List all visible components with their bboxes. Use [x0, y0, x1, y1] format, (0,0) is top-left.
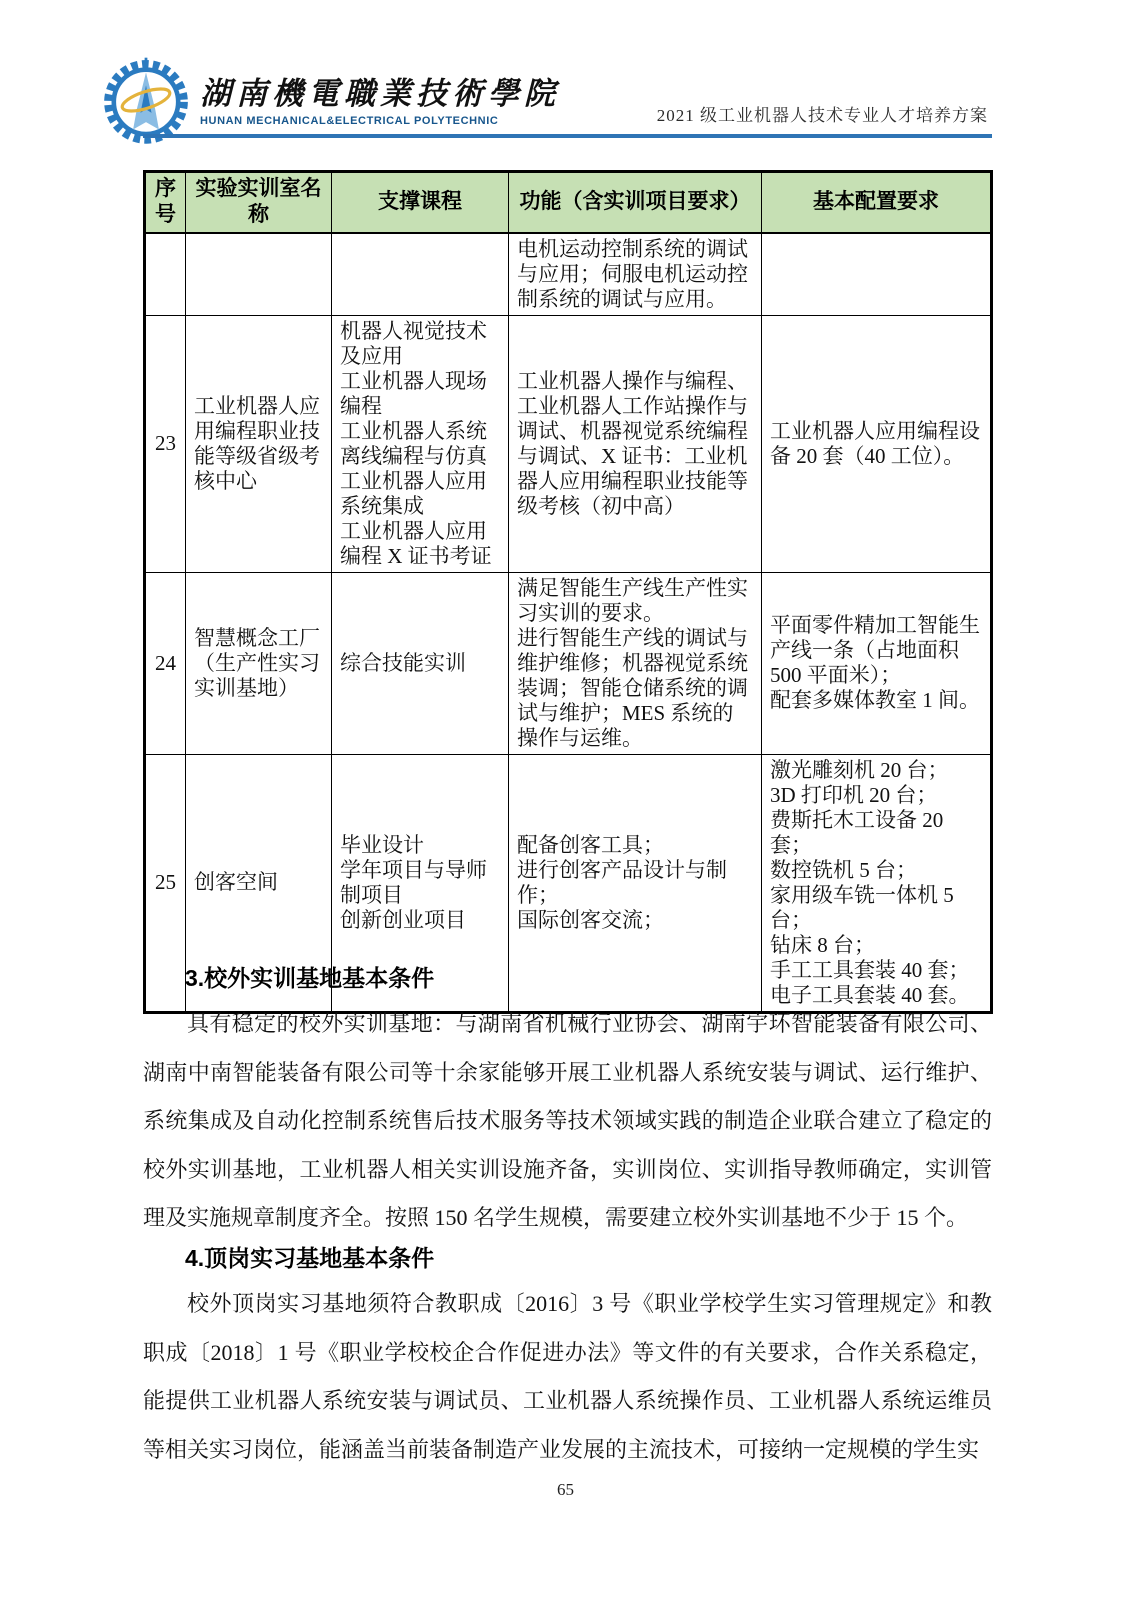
- col-header-index: 序号: [145, 172, 186, 233]
- col-header-config: 基本配置要求: [762, 172, 992, 233]
- page-number: 65: [0, 1480, 1131, 1500]
- cell-config: 激光雕刻机 20 台； 3D 打印机 20 台； 费斯托木工设备 20 套； 数…: [762, 754, 992, 1012]
- cell-index: 25: [145, 754, 186, 1012]
- school-logo: 湖南機電職業技術學院 HUNAN MECHANICAL&ELECTRICAL P…: [100, 54, 560, 146]
- cell-courses: [332, 233, 509, 316]
- section-paragraph-internship-base: 校外顶岗实习基地须符合教职成〔2016〕3 号《职业学校学生实习管理规定》和教职…: [143, 1280, 992, 1474]
- table-row: 24 智慧概念工厂（生产性实习实训基地） 综合技能实训 满足智能生产线生产性实习…: [145, 572, 992, 754]
- table-row: 电机运动控制系统的调试与应用；伺服电机运动控制系统的调试与应用。: [145, 233, 992, 316]
- cell-lab-name: 工业机器人应用编程职业技能等级省级考核中心: [186, 315, 332, 572]
- cell-index: 23: [145, 315, 186, 572]
- cell-functions: 电机运动控制系统的调试与应用；伺服电机运动控制系统的调试与应用。: [509, 233, 762, 316]
- cell-courses: 机器人视觉技术及应用 工业机器人现场编程 工业机器人系统离线编程与仿真 工业机器…: [332, 315, 509, 572]
- school-name-cn: 湖南機電職業技術學院: [200, 68, 560, 113]
- table-row: 23 工业机器人应用编程职业技能等级省级考核中心 机器人视觉技术及应用 工业机器…: [145, 315, 992, 572]
- cell-functions: 工业机器人操作与编程、工业机器人工作站操作与调试、机器视觉系统编程与调试、X 证…: [509, 315, 762, 572]
- cell-functions: 满足智能生产线生产性实习实训的要求。 进行智能生产线的调试与维护维修；机器视觉系…: [509, 572, 762, 754]
- cell-config: 平面零件精加工智能生产线一条（占地面积 500 平面米）； 配套多媒体教室 1 …: [762, 572, 992, 754]
- document-page: 湖南機電職業技術學院 HUNAN MECHANICAL&ELECTRICAL P…: [0, 0, 1131, 1600]
- school-name-en: HUNAN MECHANICAL&ELECTRICAL POLYTECHNIC: [200, 115, 560, 127]
- col-header-lab-name: 实验实训室名称: [186, 172, 332, 233]
- document-title: 2021 级工业机器人技术专业人才培养方案: [657, 101, 988, 126]
- col-header-courses: 支撑课程: [332, 172, 509, 233]
- cell-courses: 综合技能实训: [332, 572, 509, 754]
- header-divider-line: [143, 134, 992, 138]
- section-heading-offcampus-training: 3.校外实训基地基本条件: [185, 960, 434, 993]
- lab-equipment-table: 序号 实验实训室名称 支撑课程 功能（含实训项目要求） 基本配置要求 电机运动控…: [143, 170, 993, 1014]
- table-header-row: 序号 实验实训室名称 支撑课程 功能（含实训项目要求） 基本配置要求: [145, 172, 992, 233]
- cell-index: 24: [145, 572, 186, 754]
- section-paragraph-offcampus-training: 具有稳定的校外实训基地：与湖南省机械行业协会、湖南宇环智能装备有限公司、湖南中南…: [143, 1000, 992, 1243]
- cell-lab-name: 智慧概念工厂（生产性实习实训基地）: [186, 572, 332, 754]
- cell-config: [762, 233, 992, 316]
- cell-index: [145, 233, 186, 316]
- school-logo-icon: [100, 54, 192, 146]
- section-heading-internship-base: 4.顶岗实习基地基本条件: [185, 1240, 434, 1273]
- cell-functions: 配备创客工具； 进行创客产品设计与制作； 国际创客交流；: [509, 754, 762, 1012]
- cell-lab-name: [186, 233, 332, 316]
- col-header-functions: 功能（含实训项目要求）: [509, 172, 762, 233]
- cell-config: 工业机器人应用编程设备 20 套（40 工位）。: [762, 315, 992, 572]
